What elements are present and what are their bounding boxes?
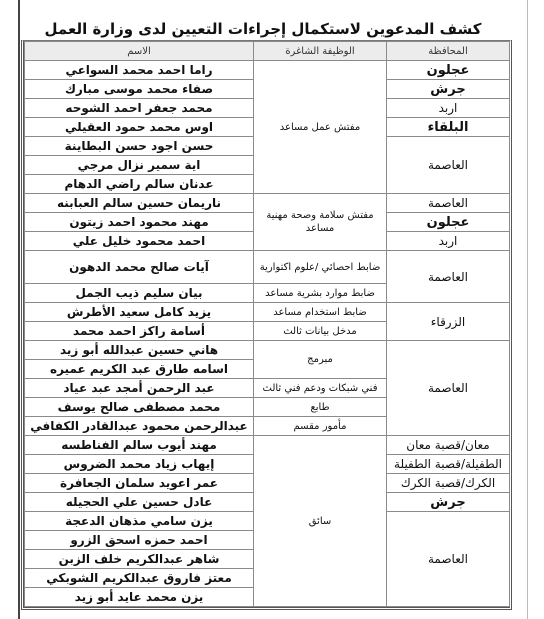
name-cell: محمد مصطفى صالح يوسف: [25, 398, 254, 417]
governorate-cell: العاصمة: [387, 194, 510, 213]
name-cell: مهند محمود احمد زيتون: [25, 213, 254, 232]
job-cell: ضابط استخدام مساعد: [254, 303, 387, 322]
name-cell: بيان سليم ذيب الجمل: [25, 284, 254, 303]
name-cell: إيهاب زياد محمد الضروس: [25, 455, 254, 474]
name-cell: شاهر عبدالكريم خلف الزبن: [25, 550, 254, 569]
name-cell: حسن اجود حسن البطاينة: [25, 137, 254, 156]
name-cell: ناريمان حسين سالم العبابنه: [25, 194, 254, 213]
document-title: كشف المدعوين لاستكمال إجراءات التعيين لد…: [22, 18, 504, 40]
name-cell: معتز فاروق عبدالكريم الشوبكي: [25, 569, 254, 588]
job-cell: مفتش سلامة وصحة مهنية مساعد: [254, 194, 387, 251]
name-cell: عدنان سالم راضي الدهام: [25, 175, 254, 194]
governorate-cell: الكرك/قصبة الكرك: [387, 474, 510, 493]
name-cell: مهند أيوب سالم الفناطسه: [25, 436, 254, 455]
governorate-cell: العاصمة: [387, 512, 510, 607]
name-cell: محمد جعفر احمد الشوحه: [25, 99, 254, 118]
job-cell: فني شبكات ودعم فني ثالث: [254, 379, 387, 398]
name-cell: اسامه طارق عبد الكريم عميره: [25, 360, 254, 379]
governorate-cell: عجلون: [387, 213, 510, 232]
header-name: الاسم: [25, 42, 254, 61]
header-row: المحافظة الوظيفة الشاغرة الاسم: [25, 42, 510, 61]
appointees-table: المحافظة الوظيفة الشاغرة الاسم عجلون مفت…: [24, 41, 510, 607]
governorate-cell: جرش: [387, 493, 510, 512]
name-cell: يزيد كامل سعيد الأطرش: [25, 303, 254, 322]
table-row: العاصمة مفتش سلامة وصحة مهنية مساعد ناري…: [25, 194, 510, 213]
name-cell: هاني حسين عبدالله أبو زيد: [25, 341, 254, 360]
name-cell: عبدالرحمن محمود عبدالقادر الكفافي: [25, 417, 254, 436]
name-cell: أسامة راكز احمد محمد: [25, 322, 254, 341]
job-cell: مدخل بيانات ثالث: [254, 322, 387, 341]
governorate-cell: الطفيلة/قصبة الطفيلة: [387, 455, 510, 474]
appointees-table-frame: المحافظة الوظيفة الشاغرة الاسم عجلون مفت…: [21, 40, 512, 610]
name-cell: عمر اعويد سلمان الجعافرة: [25, 474, 254, 493]
header-governorate: المحافظة: [387, 42, 510, 61]
governorate-cell: اربد: [387, 232, 510, 251]
table-row: الزرقاء ضابط استخدام مساعد يزيد كامل سعي…: [25, 303, 510, 322]
table-row: العاصمة مبرمج هاني حسين عبدالله أبو زيد: [25, 341, 510, 360]
name-cell: صفاء محمد موسى مبارك: [25, 80, 254, 99]
job-cell: مبرمج: [254, 341, 387, 379]
governorate-cell: جرش: [387, 80, 510, 99]
name-cell: احمد حمزه اسحق الزرو: [25, 531, 254, 550]
name-cell: اية سمير نزال مرجي: [25, 156, 254, 175]
job-cell: مفتش عمل مساعد: [254, 61, 387, 194]
governorate-cell: العاصمة: [387, 137, 510, 194]
name-cell: يزن سامي مذهان الدعجة: [25, 512, 254, 531]
governorate-cell: العاصمة: [387, 341, 510, 436]
governorate-cell: معان/قصبة معان: [387, 436, 510, 455]
name-cell: احمد محمود خليل علي: [25, 232, 254, 251]
job-cell: مأمور مقسم: [254, 417, 387, 436]
governorate-cell: اربد: [387, 99, 510, 118]
right-page-rule: [527, 0, 528, 619]
name-cell: راما احمد محمد السواعي: [25, 61, 254, 80]
governorate-cell: البلقاء: [387, 118, 510, 137]
header-job: الوظيفة الشاغرة: [254, 42, 387, 61]
table-row: معان/قصبة معان سائق مهند أيوب سالم الفنا…: [25, 436, 510, 455]
table-row: عجلون مفتش عمل مساعد راما احمد محمد السو…: [25, 61, 510, 80]
job-cell: طابع: [254, 398, 387, 417]
name-cell: عادل حسين علي الحجيله: [25, 493, 254, 512]
name-cell: آيات صالح محمد الدهون: [25, 251, 254, 284]
governorate-cell: العاصمة: [387, 251, 510, 303]
job-cell: ضابط احصائي /علوم اكتوارية: [254, 251, 387, 284]
governorate-cell: الزرقاء: [387, 303, 510, 341]
table-row: العاصمة ضابط احصائي /علوم اكتوارية آيات …: [25, 251, 510, 284]
job-cell: ضابط موارد بشرية مساعد: [254, 284, 387, 303]
left-page-rule: [18, 0, 20, 619]
name-cell: عبد الرحمن أمجد عبد عياد: [25, 379, 254, 398]
name-cell: اوس محمد حمود العقيلي: [25, 118, 254, 137]
job-cell: سائق: [254, 436, 387, 607]
governorate-cell: عجلون: [387, 61, 510, 80]
name-cell: يزن محمد عايد أبو زيد: [25, 588, 254, 607]
